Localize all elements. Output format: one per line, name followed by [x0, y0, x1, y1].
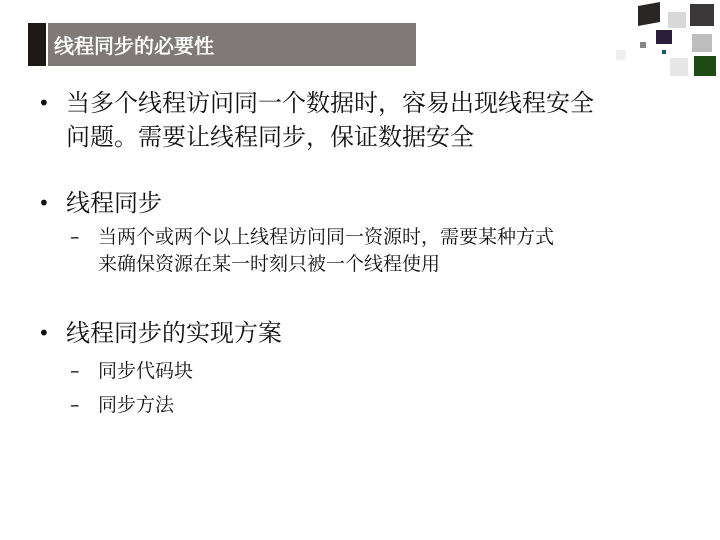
bullet-text-line: 问题。需要让线程同步，保证数据安全	[66, 120, 698, 154]
bullet-marker: •	[38, 186, 50, 220]
sub-bullet-text: 同步方法	[98, 388, 698, 422]
bullet-item: • 当多个线程访问同一个数据时，容易出现线程安全 问题。需要让线程同步，保证数据…	[28, 86, 698, 154]
bullet-text-line: 当多个线程访问同一个数据时，容易出现线程安全	[66, 86, 698, 120]
sub-bullet-text: 同步代码块	[98, 354, 698, 388]
slide-body: • 当多个线程访问同一个数据时，容易出现线程安全 问题。需要让线程同步，保证数据…	[28, 86, 698, 422]
dash-marker: –	[70, 388, 80, 422]
bullet-item: • 线程同步的实现方案	[28, 316, 698, 350]
sub-bullet-item: – 同步方法	[28, 388, 698, 422]
title-bar: 线程同步的必要性	[48, 23, 416, 66]
bullet-text: 线程同步	[66, 186, 698, 220]
bullet-marker: •	[38, 86, 50, 120]
bullet-marker: •	[38, 316, 50, 350]
slide-title: 线程同步的必要性	[48, 30, 214, 59]
decorative-squares-image	[590, 0, 720, 100]
title-accent-bar	[28, 23, 46, 66]
dash-marker: –	[70, 354, 80, 388]
bullet-text: 线程同步的实现方案	[66, 316, 698, 350]
dash-marker: –	[70, 224, 80, 251]
bullet-item: • 线程同步	[28, 186, 698, 220]
sub-bullet-item: – 当两个或两个以上线程访问同一资源时，需要某种方式 来确保资源在某一时刻只被一…	[28, 224, 698, 278]
sub-bullet-item: – 同步代码块	[28, 354, 698, 388]
sub-bullet-text-line: 来确保资源在某一时刻只被一个线程使用	[98, 251, 698, 278]
sub-bullet-text-line: 当两个或两个以上线程访问同一资源时，需要某种方式	[98, 224, 698, 251]
